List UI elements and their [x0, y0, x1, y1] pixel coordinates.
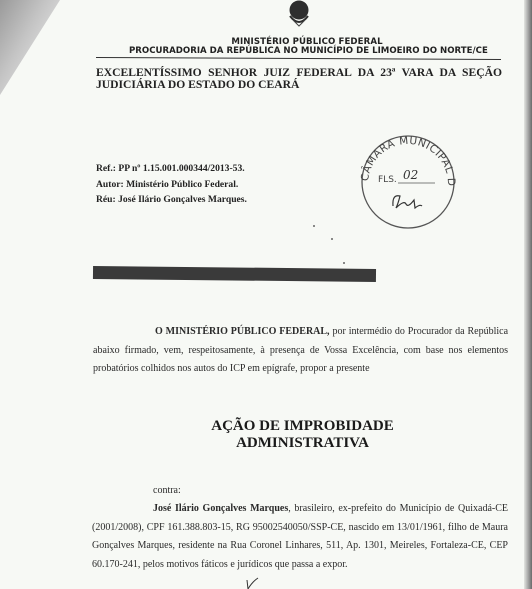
page-fold-shadow: [0, 0, 60, 95]
case-author: Autor: Ministério Público Federal.: [96, 177, 247, 193]
stamp-fls-value: 02: [403, 168, 418, 182]
scan-speck: [331, 238, 333, 240]
case-info: Ref.: PP nº 1.15.001.000344/2013-53. Aut…: [96, 161, 247, 208]
scan-speck: [343, 262, 345, 264]
document-title: AÇÃO DE IMPROBIDADE ADMINISTRATIVA: [0, 418, 532, 452]
stamp-fls-label: FLS.: [378, 175, 397, 185]
against-label: contra:: [153, 485, 181, 496]
scan-speck: [313, 225, 315, 227]
scan-edge-shadow: [524, 0, 532, 589]
council-page-stamp: CÂMARA MUNICIPAL DE QUIXADÁ FLS. 02: [348, 124, 468, 234]
intro-paragraph: O MINISTÉRIO PÚBLICO FEDERAL, por interm…: [93, 323, 508, 379]
defendant-name: José Ilário Gonçalves Marques: [153, 503, 288, 514]
redacted-block: [93, 266, 376, 282]
addressee: EXCELENTÍSSIMO SENHOR JUIZ FEDERAL DA 23…: [96, 67, 502, 91]
intro-subject: O MINISTÉRIO PÚBLICO FEDERAL,: [155, 326, 330, 337]
title-line-2: ADMINISTRATIVA: [73, 435, 532, 452]
handwritten-check-icon: [245, 576, 259, 589]
title-line-1: AÇÃO DE IMPROBIDADE: [73, 418, 532, 435]
header-procuradoria: PROCURADORIA DA REPÚBLICA NO MUNICÍPIO D…: [129, 46, 488, 56]
case-defendant: Réu: José Ilário Gonçalves Marques.: [96, 192, 247, 208]
header-divider: [96, 57, 501, 60]
signature-icon: [393, 196, 422, 208]
brazil-coat-of-arms-icon: [287, 0, 311, 28]
addressee-line-2: JUDICIÁRIA DO ESTADO DO CEARÁ: [96, 79, 502, 91]
case-reference: Ref.: PP nº 1.15.001.000344/2013-53.: [96, 161, 247, 177]
defendant-paragraph: José Ilário Gonçalves Marques, brasileir…: [92, 500, 508, 574]
